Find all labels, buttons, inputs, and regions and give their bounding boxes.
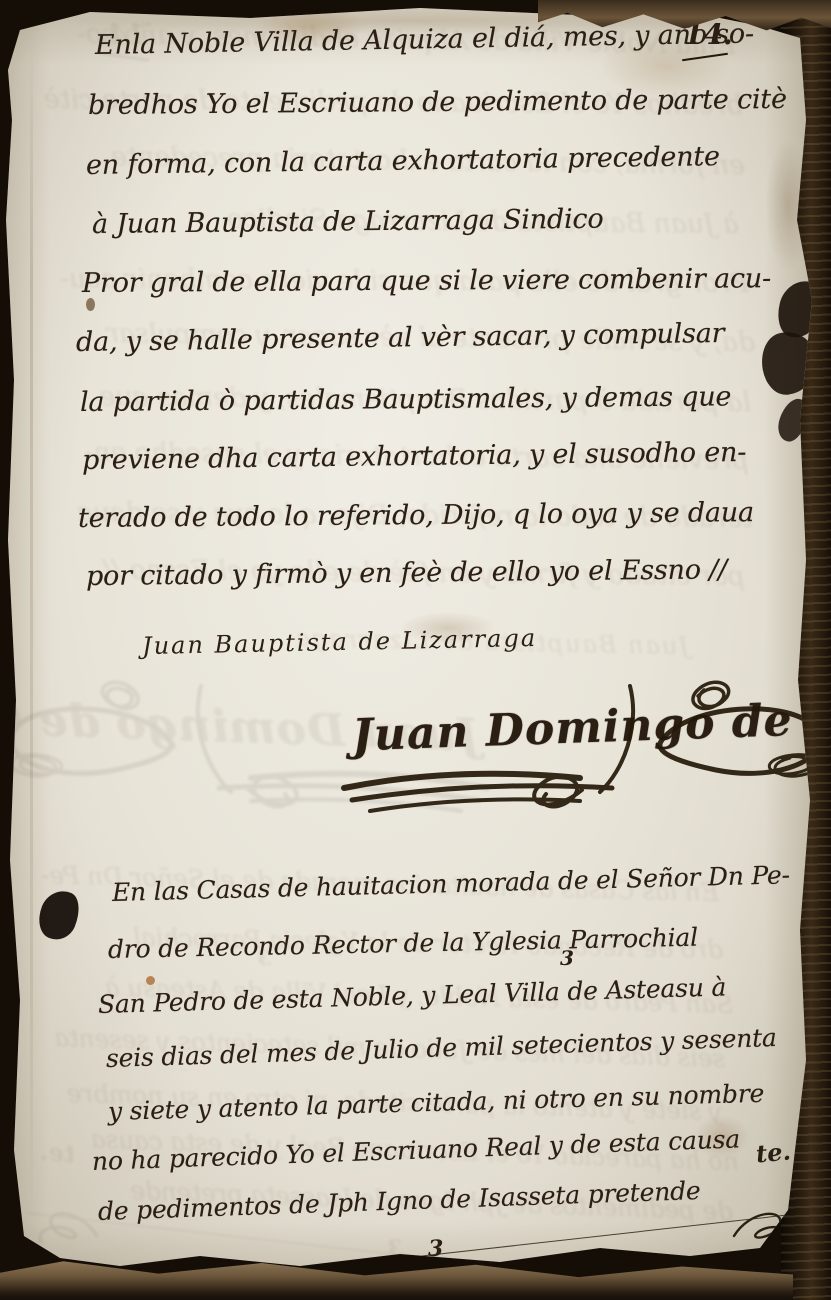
catchword: te. bbox=[755, 1137, 792, 1169]
manuscript-line: San Pedro de esta Noble, y Leal Villa de… bbox=[98, 972, 727, 1019]
manuscript-page: 14. Enla Noble Villa de Alquiza el diá, … bbox=[0, 0, 831, 1300]
ink-layer: 14. Enla Noble Villa de Alquiza el diá, … bbox=[0, 0, 831, 1300]
manuscript-line: por citado y firmò y en feè de ello yo e… bbox=[86, 554, 727, 592]
manuscript-line: terado de todo lo referido, Dijo, q lo o… bbox=[78, 497, 754, 534]
folio-underline bbox=[682, 53, 728, 61]
manuscript-line: la partida ò partidas Bauptismales, y de… bbox=[80, 381, 732, 418]
manuscript-line: En las Casas de hauitacion morada de el … bbox=[112, 860, 790, 907]
manuscript-line: previene dha carta exhortatoria, y el su… bbox=[82, 437, 747, 476]
manuscript-line: à Juan Bauptista de Lizarraga Sindico bbox=[92, 204, 604, 240]
manuscript-line: Pror gral de ella para que si le viere c… bbox=[82, 263, 771, 299]
manuscript-line: Enla Noble Villa de Alquiza el diá, mes,… bbox=[95, 19, 754, 61]
manuscript-line: da, y se halle presente al vèr sacar, y … bbox=[76, 318, 725, 358]
manuscript-line: dro de Recondo Rector de la Yglesia Parr… bbox=[108, 923, 698, 964]
manuscript-line: en forma, con la carta exhortatoria prec… bbox=[86, 141, 720, 181]
manuscript-scan: 14. Enla Noble Villa de Alquiza el diá, … bbox=[0, 0, 831, 1300]
closing-mark: 3 bbox=[428, 1236, 443, 1262]
manuscript-line: bredhos Yo el Escriuano de pedimento de … bbox=[88, 84, 787, 121]
manuscript-line: no ha parecido Yo el Escriuano Real y de… bbox=[91, 1124, 740, 1176]
manuscript-line: y siete y atento la parte citada, ni otr… bbox=[108, 1079, 765, 1126]
signature-rubric-flourish bbox=[330, 640, 830, 830]
interline-mark: 3 bbox=[560, 946, 574, 970]
manuscript-line: seis dias del mes de Julio de mil seteci… bbox=[106, 1023, 778, 1073]
manuscript-line: de pedimentos de Jph Igno de Isasseta pr… bbox=[97, 1176, 700, 1226]
